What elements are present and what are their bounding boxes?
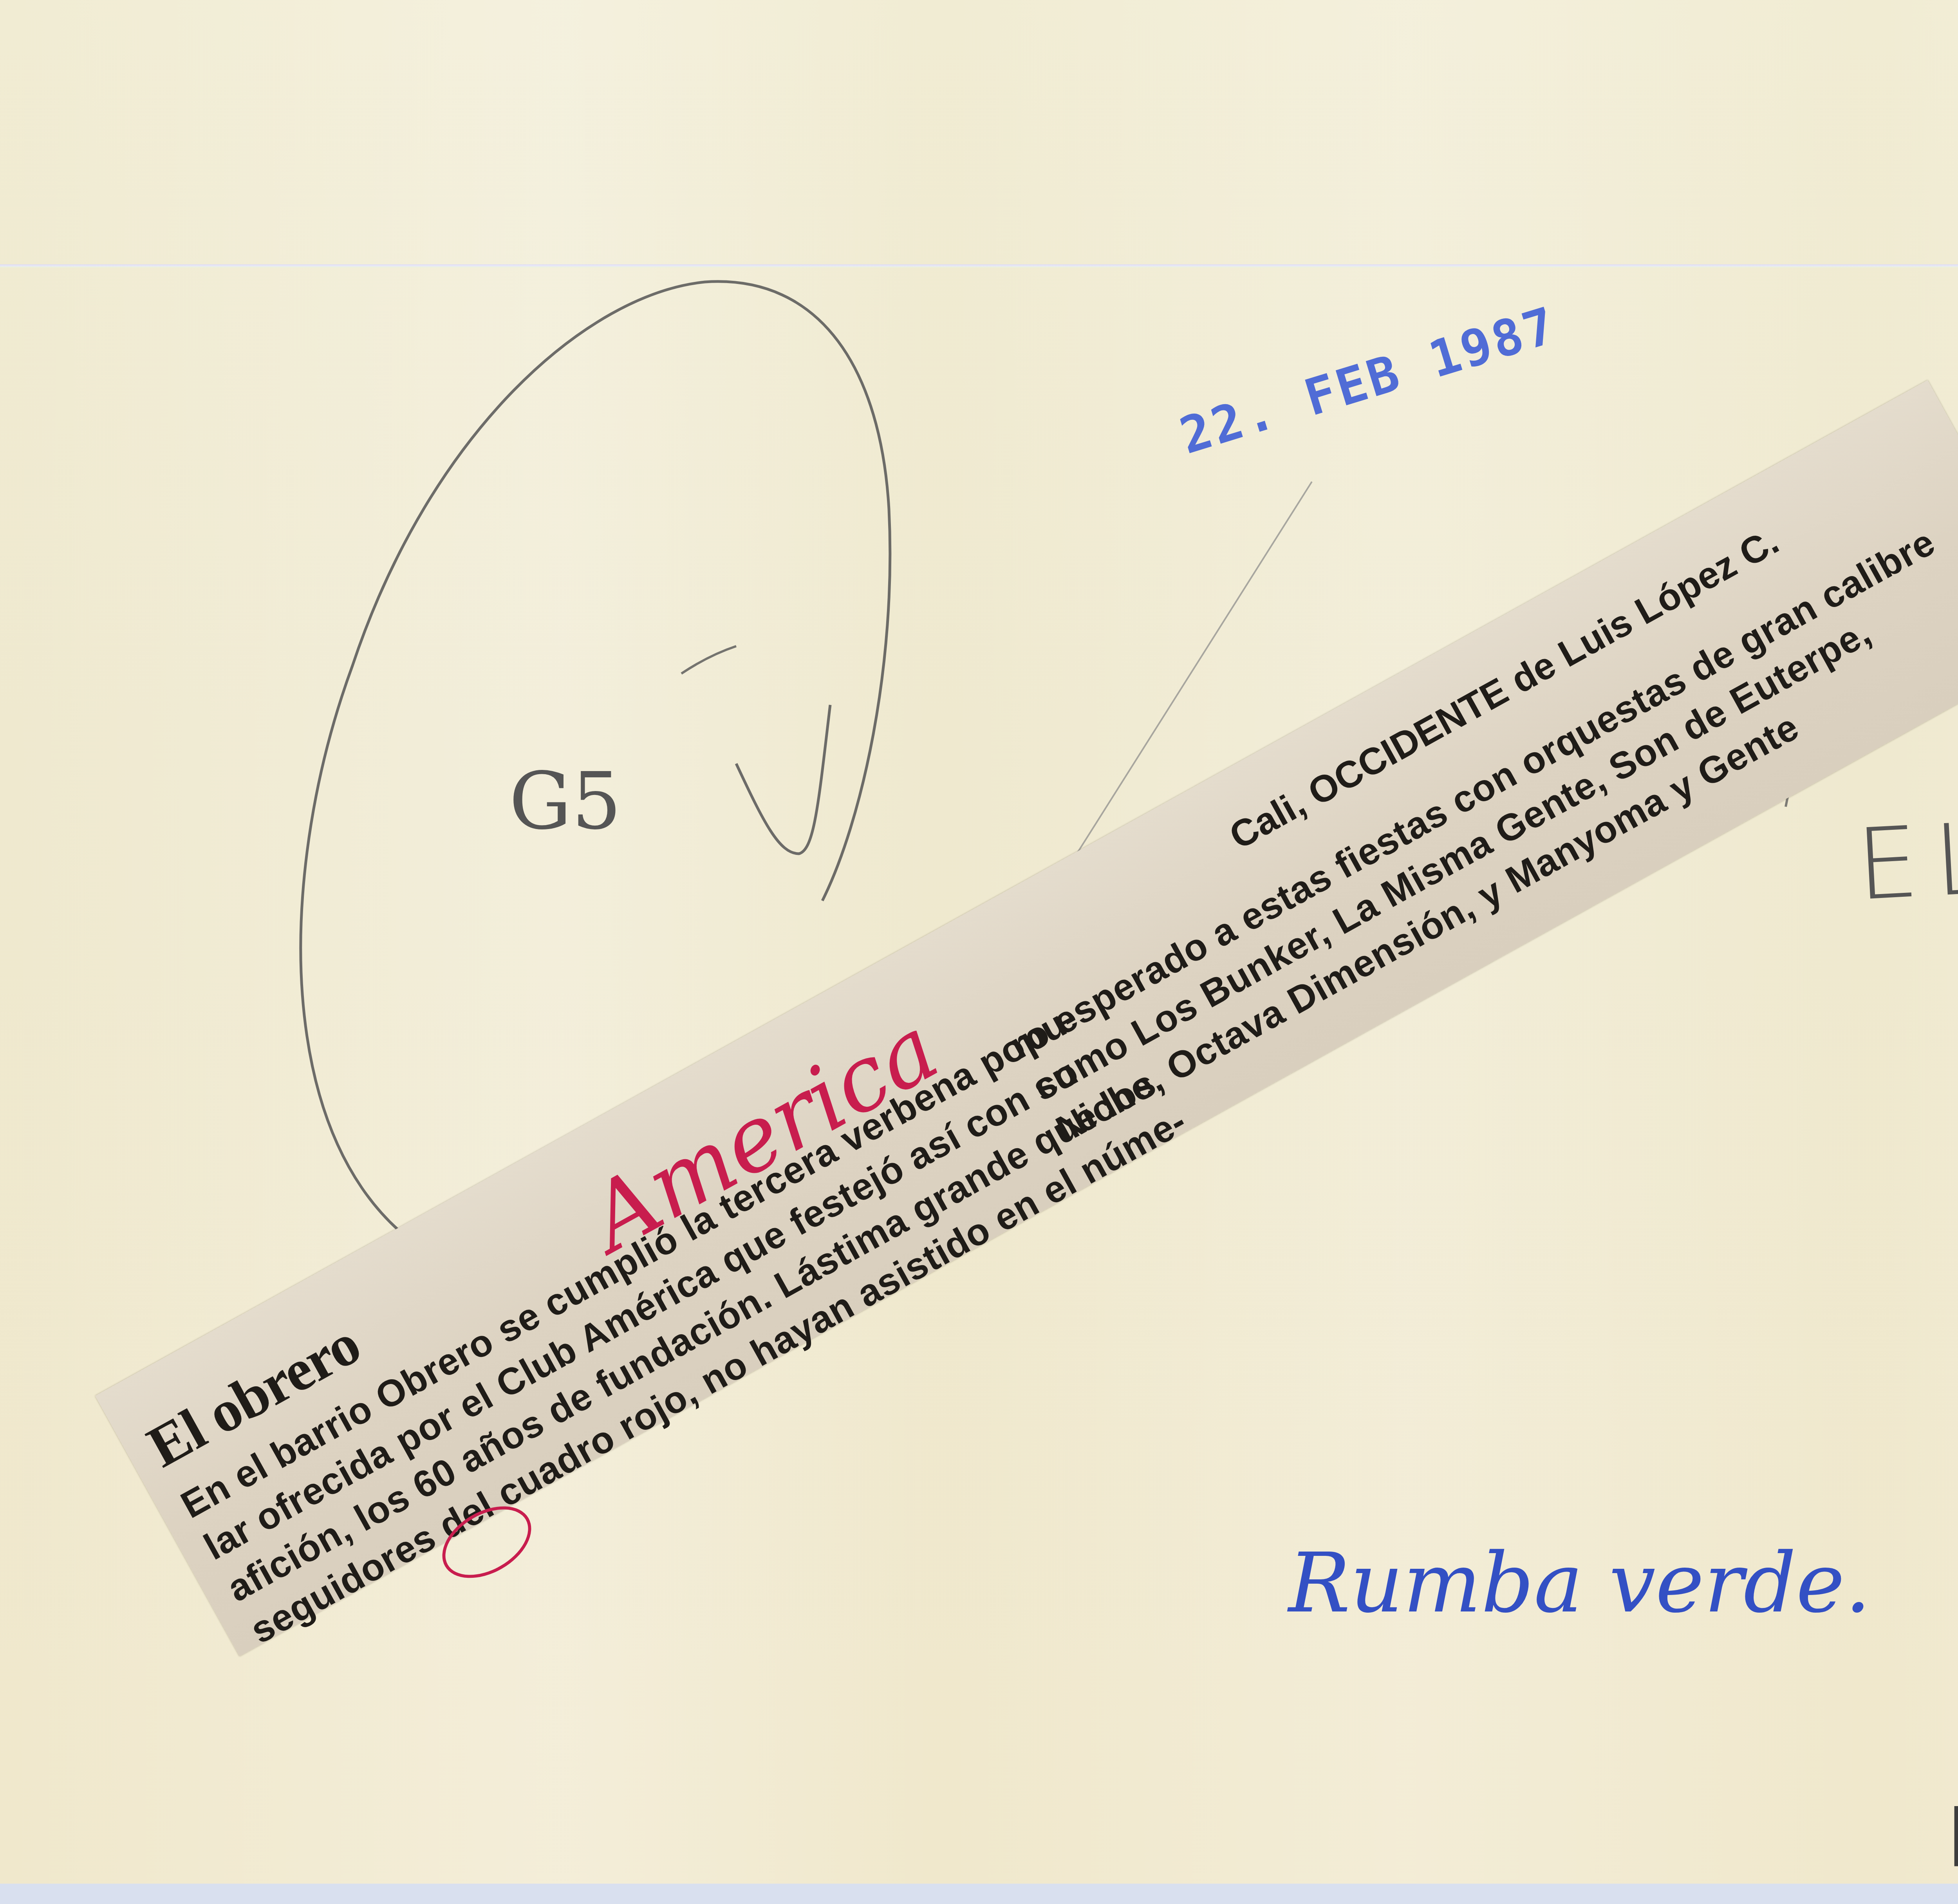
blue-handwriting-rumba-verde: Rumba verde.: [1288, 1535, 1871, 1631]
pencil-hook-icon: [736, 705, 830, 854]
pencil-logo-mark: G5: [509, 756, 621, 847]
archive-code: FOO 021065: [1946, 1790, 1958, 1886]
